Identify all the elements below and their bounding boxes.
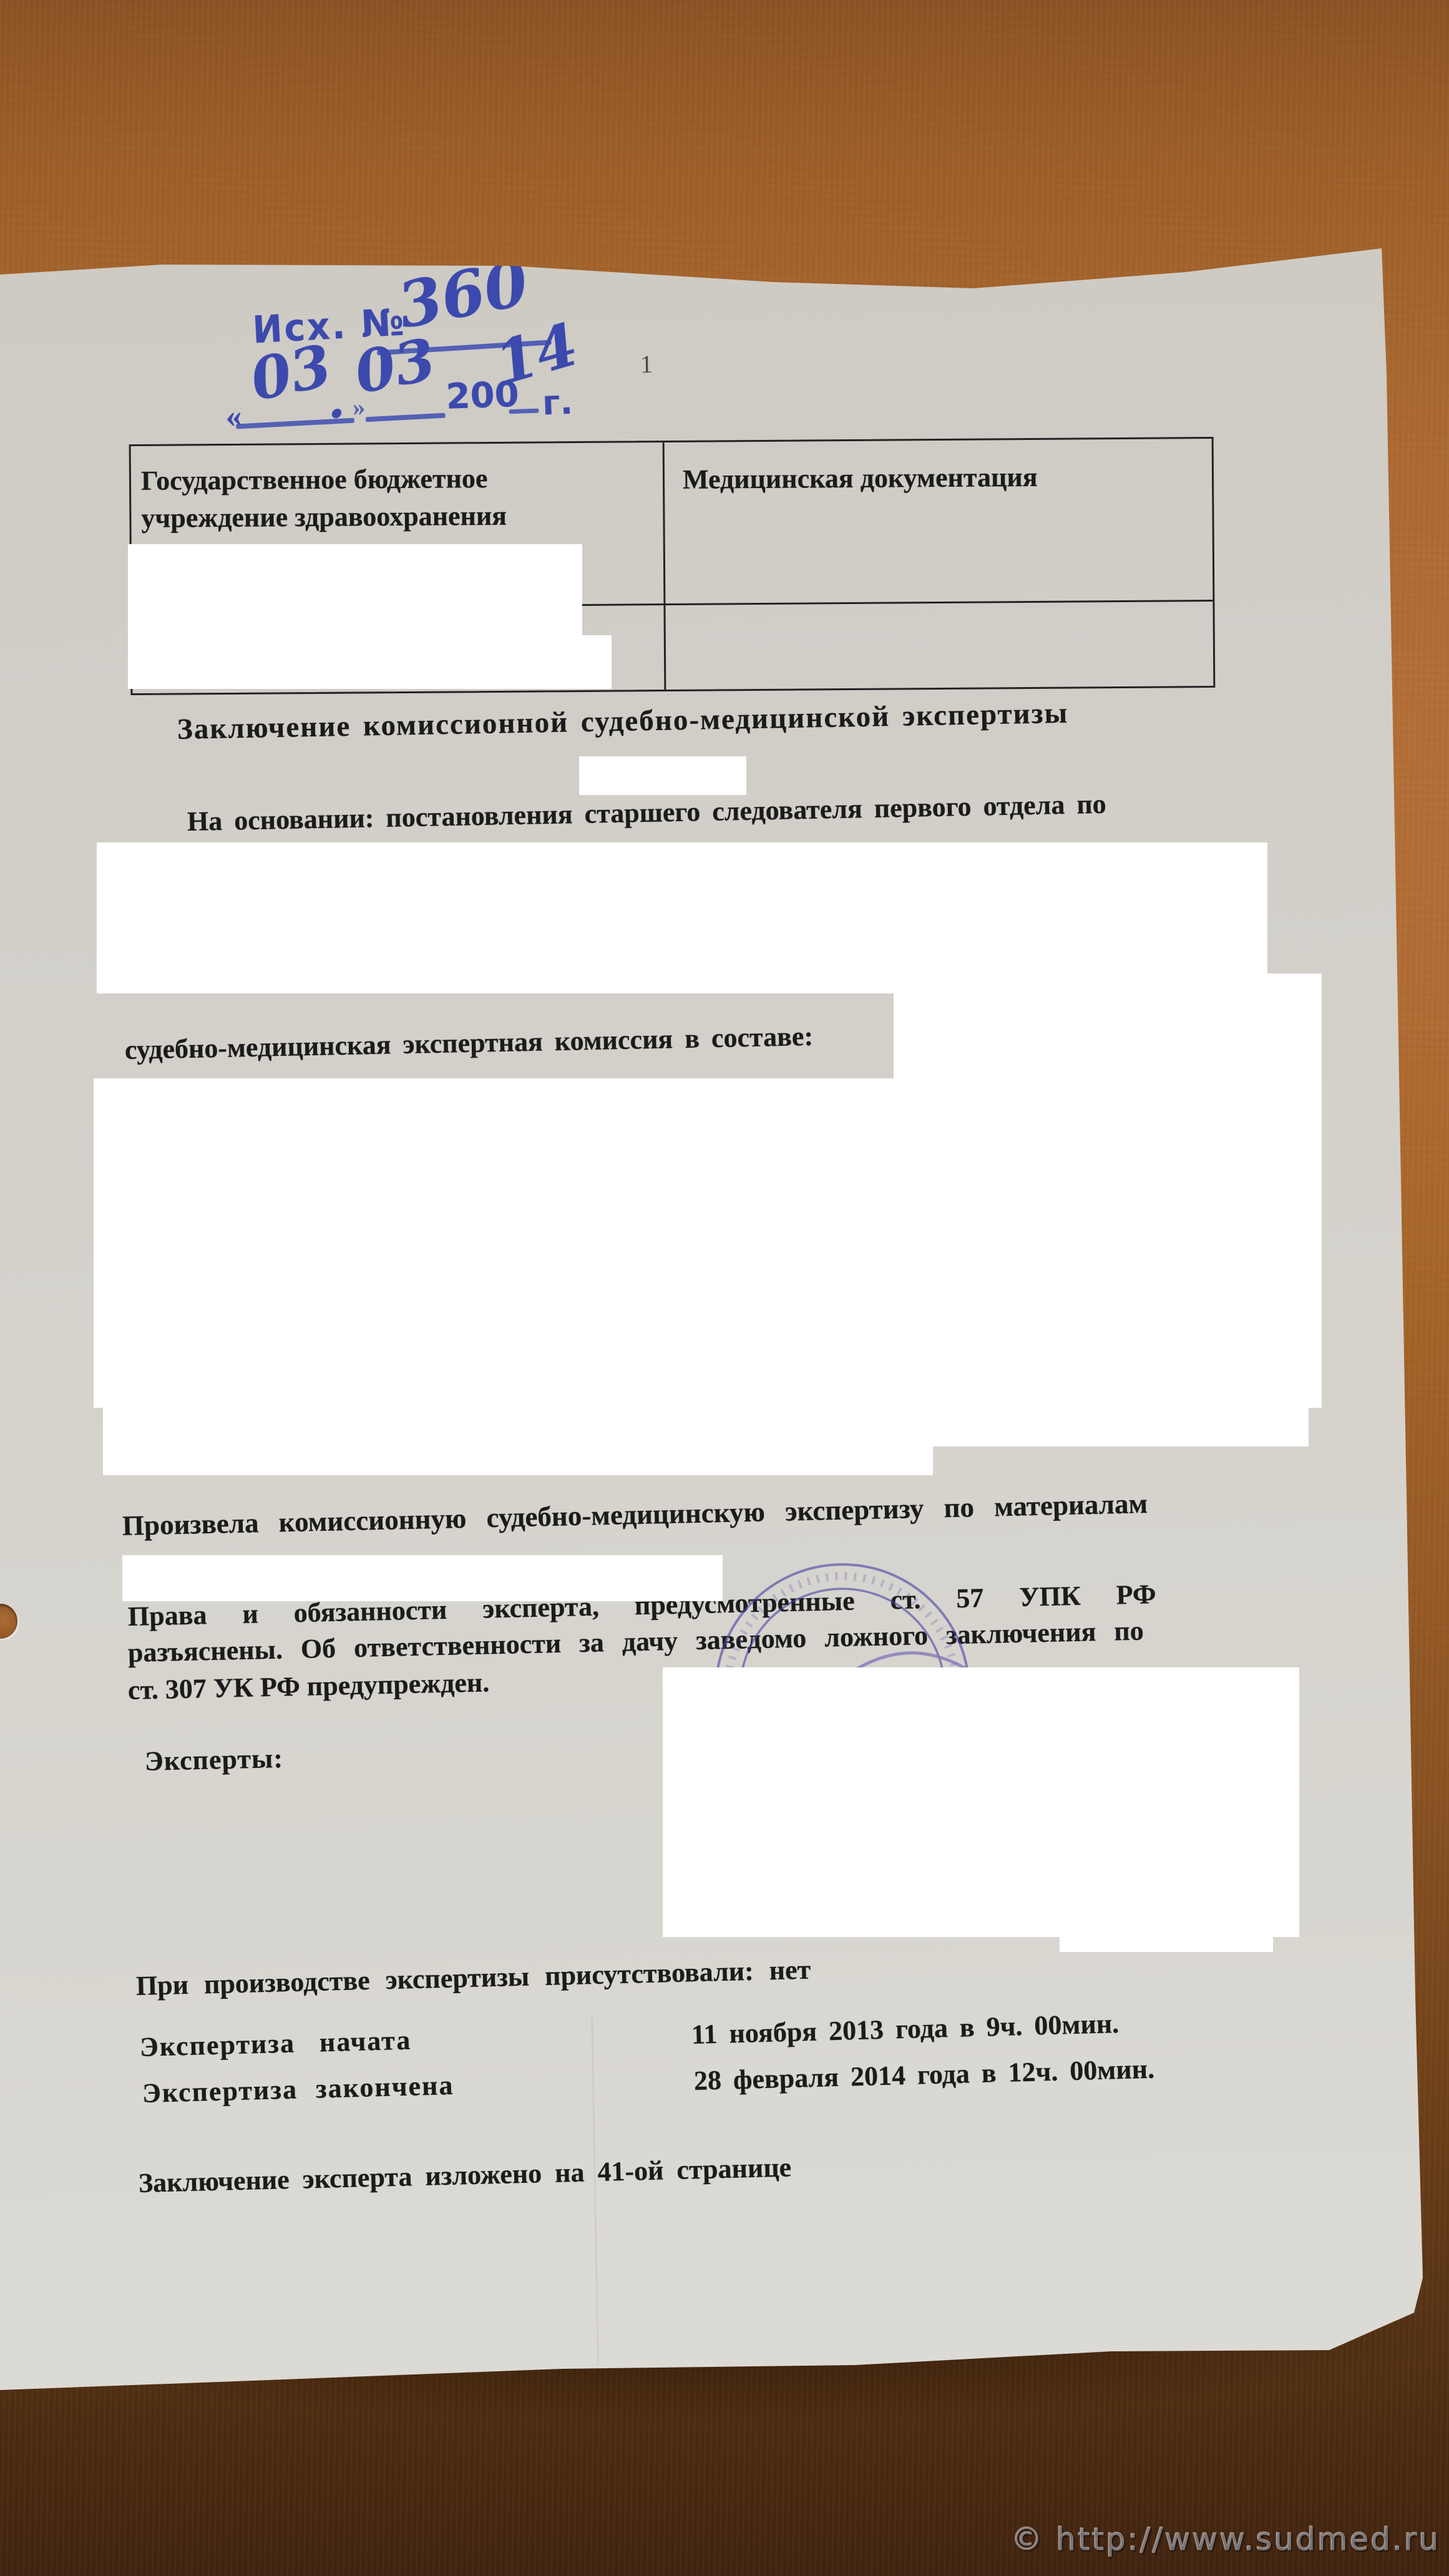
outgoing-year-suffix: г. bbox=[542, 383, 573, 423]
watermark-text: © http://www.sudmed.ru bbox=[1011, 2521, 1440, 2557]
rights-line-3: ст. 307 УК РФ предупрежден. bbox=[127, 1667, 489, 1706]
attendees-line: При производстве экспертизы присутствова… bbox=[135, 1954, 811, 2003]
expertise-started-value: 11 ноября 2013 года в 9ч. 00мин. bbox=[691, 2008, 1119, 2051]
outgoing-quote-close: » bbox=[352, 392, 366, 422]
redaction-box bbox=[894, 973, 1322, 1087]
outgoing-quote-open: « bbox=[225, 398, 243, 435]
outgoing-month-underline bbox=[366, 413, 446, 422]
basis-line: На основании: постановления старшего сле… bbox=[187, 789, 1107, 838]
hole-punch bbox=[0, 1604, 17, 1639]
redaction-box bbox=[103, 1445, 933, 1475]
document-title: Заключение комиссионной судебно-медицинс… bbox=[177, 696, 1069, 746]
outgoing-year-underline bbox=[509, 409, 539, 414]
document-photo: { "photo": { "watermark": "© http://www.… bbox=[0, 0, 1449, 2576]
outgoing-number-block: Исх. № 360 03 . 03 « » 200 14 г. bbox=[225, 267, 630, 449]
redaction-box bbox=[94, 1078, 1322, 1408]
redaction-box bbox=[128, 544, 582, 637]
paper-sheet: Исх. № 360 03 . 03 « » 200 14 г. 1 Госуд… bbox=[0, 0, 1449, 2576]
redaction-box bbox=[103, 1407, 1309, 1447]
redaction-box bbox=[1060, 1667, 1273, 1952]
expertise-started-label: Экспертиза начата bbox=[139, 2025, 412, 2064]
redaction-box bbox=[97, 842, 1267, 993]
table-right-header: Медицинская документация bbox=[683, 457, 1182, 498]
experts-label: Эксперты: bbox=[144, 1743, 283, 1778]
redaction-box bbox=[128, 635, 612, 689]
page-number: 1 bbox=[640, 349, 653, 379]
produced-line: Произвела комиссионную судебно-медицинск… bbox=[122, 1488, 1148, 1543]
table-left-header: Государственное бюджетное учреждение здр… bbox=[141, 459, 578, 537]
table-column-divider bbox=[663, 442, 666, 690]
redaction-box bbox=[122, 1555, 723, 1601]
expertise-finished-label: Экспертиза закончена bbox=[142, 2070, 454, 2110]
redaction-box bbox=[579, 756, 746, 795]
conclusion-line: Заключение эксперта изложено на 41-ой ст… bbox=[138, 2152, 791, 2199]
expertise-finished-value: 28 февраля 2014 года в 12ч. 00мин. bbox=[693, 2054, 1154, 2097]
commission-line: судебно-медицинская экспертная комиссия … bbox=[124, 1021, 813, 1066]
paper-crease bbox=[591, 2016, 599, 2365]
